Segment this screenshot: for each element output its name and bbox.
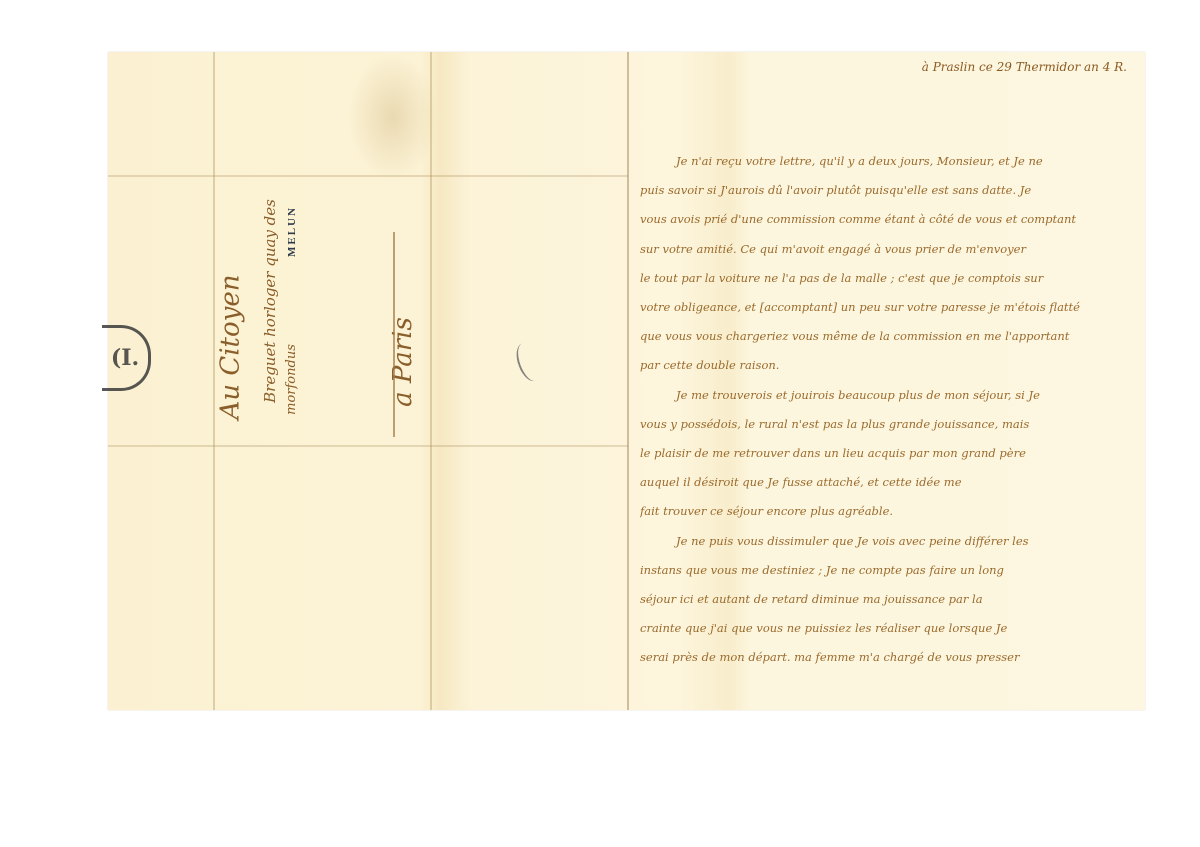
text-line: Je ne puis vous dissimuler que Je vois a… [640,527,1140,556]
text-line: séjour ici et autant de retard diminue m… [640,585,1140,614]
text-line: sur votre amitié. Ce qui m'avoit engagé … [640,235,1140,264]
text-line: vous avois prié d'une commission comme é… [640,205,1140,234]
melun-postal-stamp: MELUN [286,206,298,257]
address-line: morfondus [284,344,299,415]
text-line: par cette double raison. [640,351,1140,380]
text-line: instans que vous me destiniez ; Je ne co… [640,556,1140,585]
text-line: auquel il désiroit que Je fusse attaché,… [640,468,1140,497]
text-line: crainte que j'ai que vous ne puissiez le… [640,614,1140,643]
text-line: puis savoir si J'aurois dû l'avoir plutô… [640,176,1140,205]
fold-line [108,445,628,447]
text-line: le tout par la voiture ne l'a pas de la … [640,264,1140,293]
paper-stain [348,52,438,182]
postmark-stamp: (I. [102,325,151,391]
address-underline [393,232,395,437]
letter-sheet: (I. Au Citoyen Breguet horloger quay des… [108,52,1145,710]
text-line: votre obligeance, et [accomptant] un peu… [640,293,1140,322]
text-line: vous y possédois, le rural n'est pas la … [640,410,1140,439]
text-line: serai près de mon départ. ma femme m'a c… [640,643,1140,672]
address-line: Breguet horloger quay des [261,199,279,403]
letter-page: à Praslin ce 29 Thermidor an 4 R. Je n'a… [628,52,1145,710]
text-line: que vous vous chargeriez vous même de la… [640,322,1140,351]
ink-mark [512,339,546,384]
text-line: le plaisir de me retrouver dans un lieu … [640,439,1140,468]
text-line: Je n'ai reçu votre lettre, qu'il y a deu… [640,147,1140,176]
address-panel: Au Citoyen Breguet horloger quay des mor… [208,172,428,442]
text-line: Je me trouverois et jouirois beaucoup pl… [640,381,1140,410]
address-line: Au Citoyen [215,275,245,420]
dateline: à Praslin ce 29 Thermidor an 4 R. [922,60,1127,74]
letter-body: Je n'ai reçu votre lettre, qu'il y a deu… [640,147,1140,673]
text-line: fait trouver ce séjour encore plus agréa… [640,497,1140,526]
